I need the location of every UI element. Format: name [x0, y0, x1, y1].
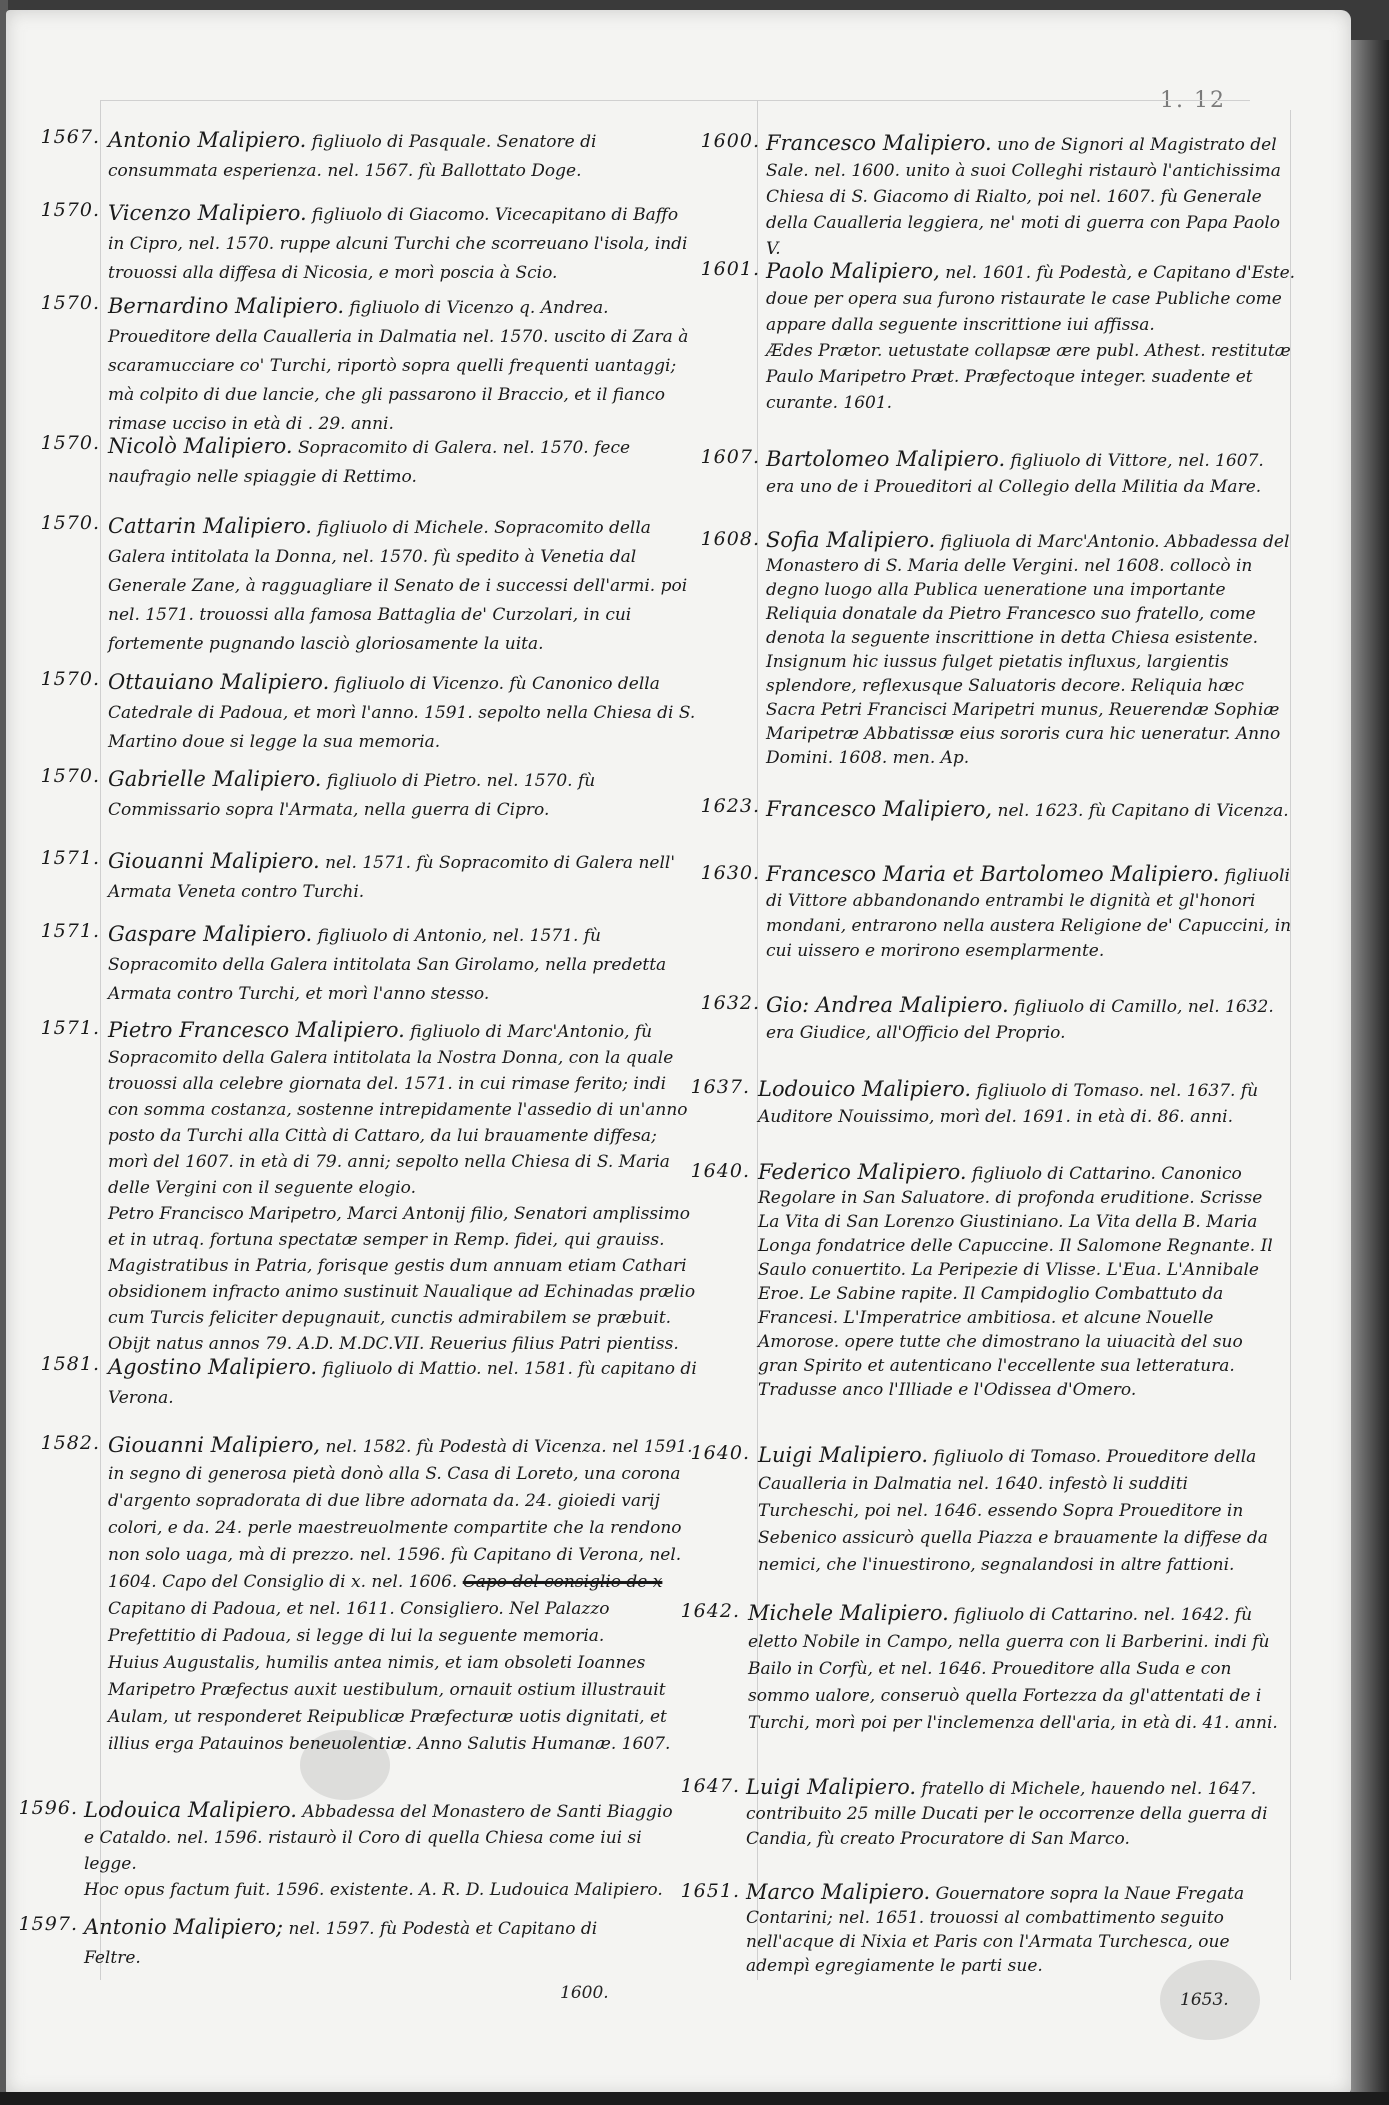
entry-name: Cattarin Malipiero.	[108, 514, 312, 538]
entry-name: Gabrielle Malipiero.	[108, 767, 322, 791]
entry-year: 1596.	[0, 1797, 78, 1819]
entry-name: Gio: Andrea Malipiero.	[766, 993, 1009, 1017]
left-margin-rule	[100, 100, 101, 1980]
entry-year: 1597.	[0, 1913, 78, 1935]
entry-name: Antonio Malipiero.	[108, 128, 306, 152]
entry-year: 1651.	[670, 1880, 740, 1902]
entry-year: 1637.	[680, 1076, 750, 1098]
entry-name: Lodouica Malipiero.	[84, 1798, 297, 1822]
entry-year: 1570.	[30, 668, 100, 690]
entry-inscription: Ædes Prætor. uetustate collapsæ ære publ…	[766, 338, 1296, 416]
entry-year: 1581.	[30, 1353, 100, 1375]
entry-name: Francesco Maria et Bartolomeo Malipiero.	[766, 862, 1219, 886]
entry-year: 1582.	[30, 1432, 100, 1454]
page-right-shadow	[1351, 40, 1389, 2105]
entry-year: 1570.	[30, 199, 100, 221]
entry-year: 1567.	[30, 126, 100, 148]
entry-year: 1570.	[30, 512, 100, 534]
entry-year: 1640.	[680, 1160, 750, 1182]
entry-year: 1570.	[30, 765, 100, 787]
entry-year: 1642.	[670, 1600, 740, 1622]
right-column-footer-year: 1653.	[1180, 1990, 1229, 2010]
top-ruling-line	[100, 100, 1250, 101]
left-column-footer-year: 1600.	[560, 1983, 609, 2003]
entry-name: Marco Malipiero.	[746, 1880, 930, 1904]
entry-inscription: Petro Francisco Maripetro, Marci Antonij…	[108, 1201, 698, 1357]
entry-text-continued: Capitano di Padoua, et nel. 1611. Consig…	[108, 1599, 610, 1646]
entry-name: Vicenzo Malipiero.	[108, 201, 307, 225]
entry-year: 1570.	[30, 292, 100, 314]
entry-year: 1571.	[30, 920, 100, 942]
entry-name: Francesco Malipiero.	[766, 131, 992, 155]
entry-name: Bernardino Malipiero.	[108, 294, 344, 318]
entry-name: Sofia Malipiero.	[766, 528, 935, 552]
entry-year: 1571.	[30, 1017, 100, 1039]
entry-year: 1600.	[690, 130, 760, 152]
entry-name: Pietro Francesco Malipiero.	[108, 1018, 405, 1042]
entry-year: 1632.	[690, 992, 760, 1014]
entry-text: figliuolo di Marc'Antonio, fù Sopracomit…	[108, 1022, 688, 1198]
entry-name: Federico Malipiero.	[758, 1160, 967, 1184]
entry-year: 1601.	[690, 258, 760, 280]
entry-year: 1640.	[680, 1442, 750, 1464]
entry-name: Paolo Malipiero,	[766, 259, 940, 283]
entry-year: 1608.	[690, 528, 760, 550]
entry-year: 1630.	[690, 862, 760, 884]
entry-name: Ottauiano Malipiero.	[108, 670, 329, 694]
entry-name: Giouanni Malipiero.	[108, 849, 320, 873]
entry-name: Luigi Malipiero.	[758, 1443, 928, 1467]
entry-inscription: Hoc opus factum fuit. 1596. existente. A…	[84, 1877, 684, 1903]
entry-name: Bartolomeo Malipiero.	[766, 447, 1005, 471]
struck-text: Capo del consiglio de x	[463, 1572, 663, 1592]
entry-text: figliuolo di Michele. Sopracomito della …	[108, 518, 687, 654]
entry-year: 1623.	[690, 795, 760, 817]
entry-name: Gaspare Malipiero.	[108, 922, 312, 946]
entry-inscription: Insignum hic iussus fulget pietatis infl…	[766, 650, 1296, 770]
page-bottom-edge	[0, 2092, 1389, 2105]
entry-name: Lodouico Malipiero.	[758, 1077, 971, 1101]
entry-year: 1570.	[30, 432, 100, 454]
entry-year: 1647.	[670, 1775, 740, 1797]
entry-name: Nicolò Malipiero.	[108, 434, 293, 458]
entry-text: nel. 1623. fù Capitano di Vicenza.	[998, 801, 1289, 821]
entry-name: Agostino Malipiero.	[108, 1355, 317, 1379]
entry-name: Giouanni Malipiero,	[108, 1433, 320, 1457]
entry-year: 1607.	[690, 446, 760, 468]
entry-text: figliuolo di Cattarino. Canonico Regolar…	[758, 1164, 1273, 1400]
entry-year: 1571.	[30, 847, 100, 869]
entry-text: nel. 1582. fù Podestà di Vicenza. nel 15…	[108, 1437, 693, 1592]
entry-text: figliuolo di Vicenzo q. Andrea. Prouedit…	[108, 298, 688, 434]
entry-name: Luigi Malipiero.	[746, 1775, 916, 1799]
entry-inscription: Huius Augustalis, humilis antea nimis, e…	[108, 1650, 698, 1758]
entry-name: Michele Malipiero.	[748, 1601, 949, 1625]
entry-name: Antonio Malipiero;	[84, 1915, 283, 1939]
entry-name: Francesco Malipiero,	[766, 797, 992, 821]
